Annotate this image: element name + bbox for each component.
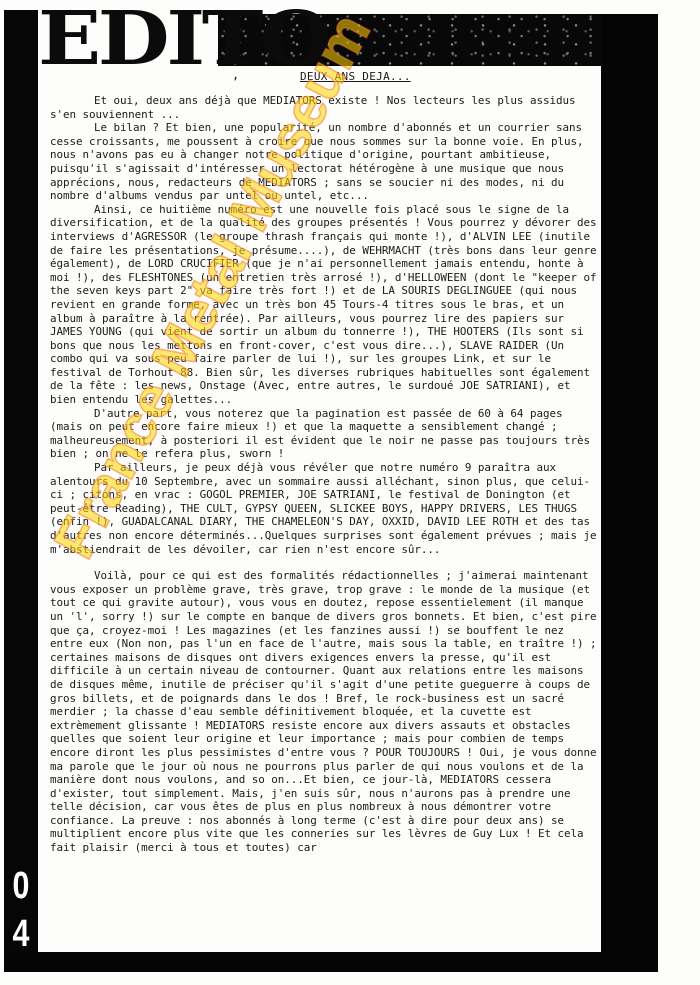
paragraph: Par ailleurs, je peux déjà vous révéler … bbox=[50, 461, 598, 556]
frame-bottom-bar bbox=[4, 952, 658, 972]
paragraph: Le bilan ? Et bien, une popularité, un n… bbox=[50, 121, 598, 203]
paragraph: Voilà, pour ce qui est des formalités ré… bbox=[50, 569, 598, 854]
paragraph: Et oui, deux ans déjà que MEDIATORS exis… bbox=[50, 94, 598, 121]
frame-left-bar bbox=[4, 10, 38, 952]
paragraph: D'autre part, vous noterez que la pagina… bbox=[50, 407, 598, 461]
paragraph: Ainsi, ce huitième numéro est une nouvel… bbox=[50, 203, 598, 407]
frame-right-bar bbox=[601, 14, 658, 972]
editorial-body: Et oui, deux ans déjà que MEDIATORS exis… bbox=[50, 94, 598, 855]
article-subtitle: DEUX ANS DEJA... bbox=[300, 70, 411, 83]
page-title: EDITO bbox=[38, 2, 329, 76]
page-number-digit: 0 bbox=[9, 862, 33, 910]
stray-mark: , bbox=[232, 68, 239, 82]
page-number-digit: 4 bbox=[9, 910, 33, 958]
page-number: 0 4 bbox=[9, 862, 33, 958]
